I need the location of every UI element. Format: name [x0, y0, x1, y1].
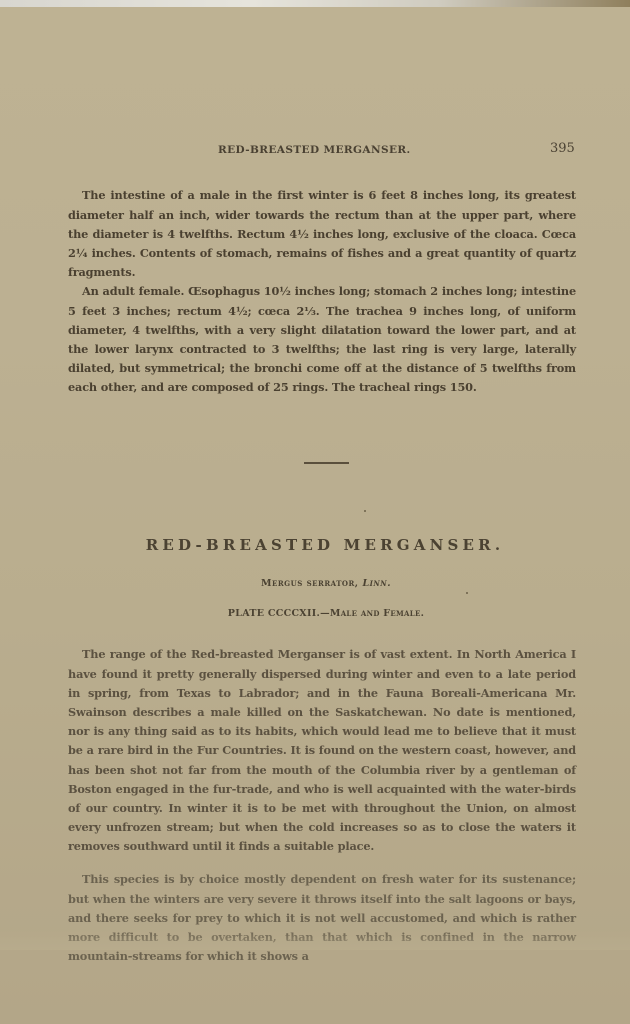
paragraph-freshwater: This species is by choice mostly depende… [68, 870, 576, 966]
running-head-title: RED-BREASTED MERGANSER. [218, 144, 411, 156]
paragraph-adult-female: An adult female. Œsophagus 10½ inches lo… [68, 282, 576, 397]
latin-name: Mergus serrator, Linn. [0, 578, 630, 589]
section-divider-rule [304, 462, 349, 464]
page-number: 395 [550, 141, 575, 156]
plate-number: PLATE CCCCXII.— [228, 608, 330, 619]
paragraph-range: The range of the Red-breasted Merganser … [68, 645, 576, 856]
latin-author: Linn. [362, 578, 391, 589]
print-speck [466, 592, 468, 594]
print-speck [364, 510, 366, 512]
chapter-title: RED-BREASTED MERGANSER. [0, 536, 630, 554]
latin-species: Mergus serrator, [261, 578, 359, 589]
page-bottom-fade [0, 930, 630, 950]
paragraph-male-intestine: The intestine of a male in the first win… [68, 186, 576, 282]
plate-caption: Male and Female. [330, 608, 424, 619]
scan-top-edge [0, 0, 630, 7]
running-head: RED-BREASTED MERGANSER. 395 [0, 141, 630, 161]
plate-reference: PLATE CCCCXII.—Male and Female. [0, 608, 630, 619]
